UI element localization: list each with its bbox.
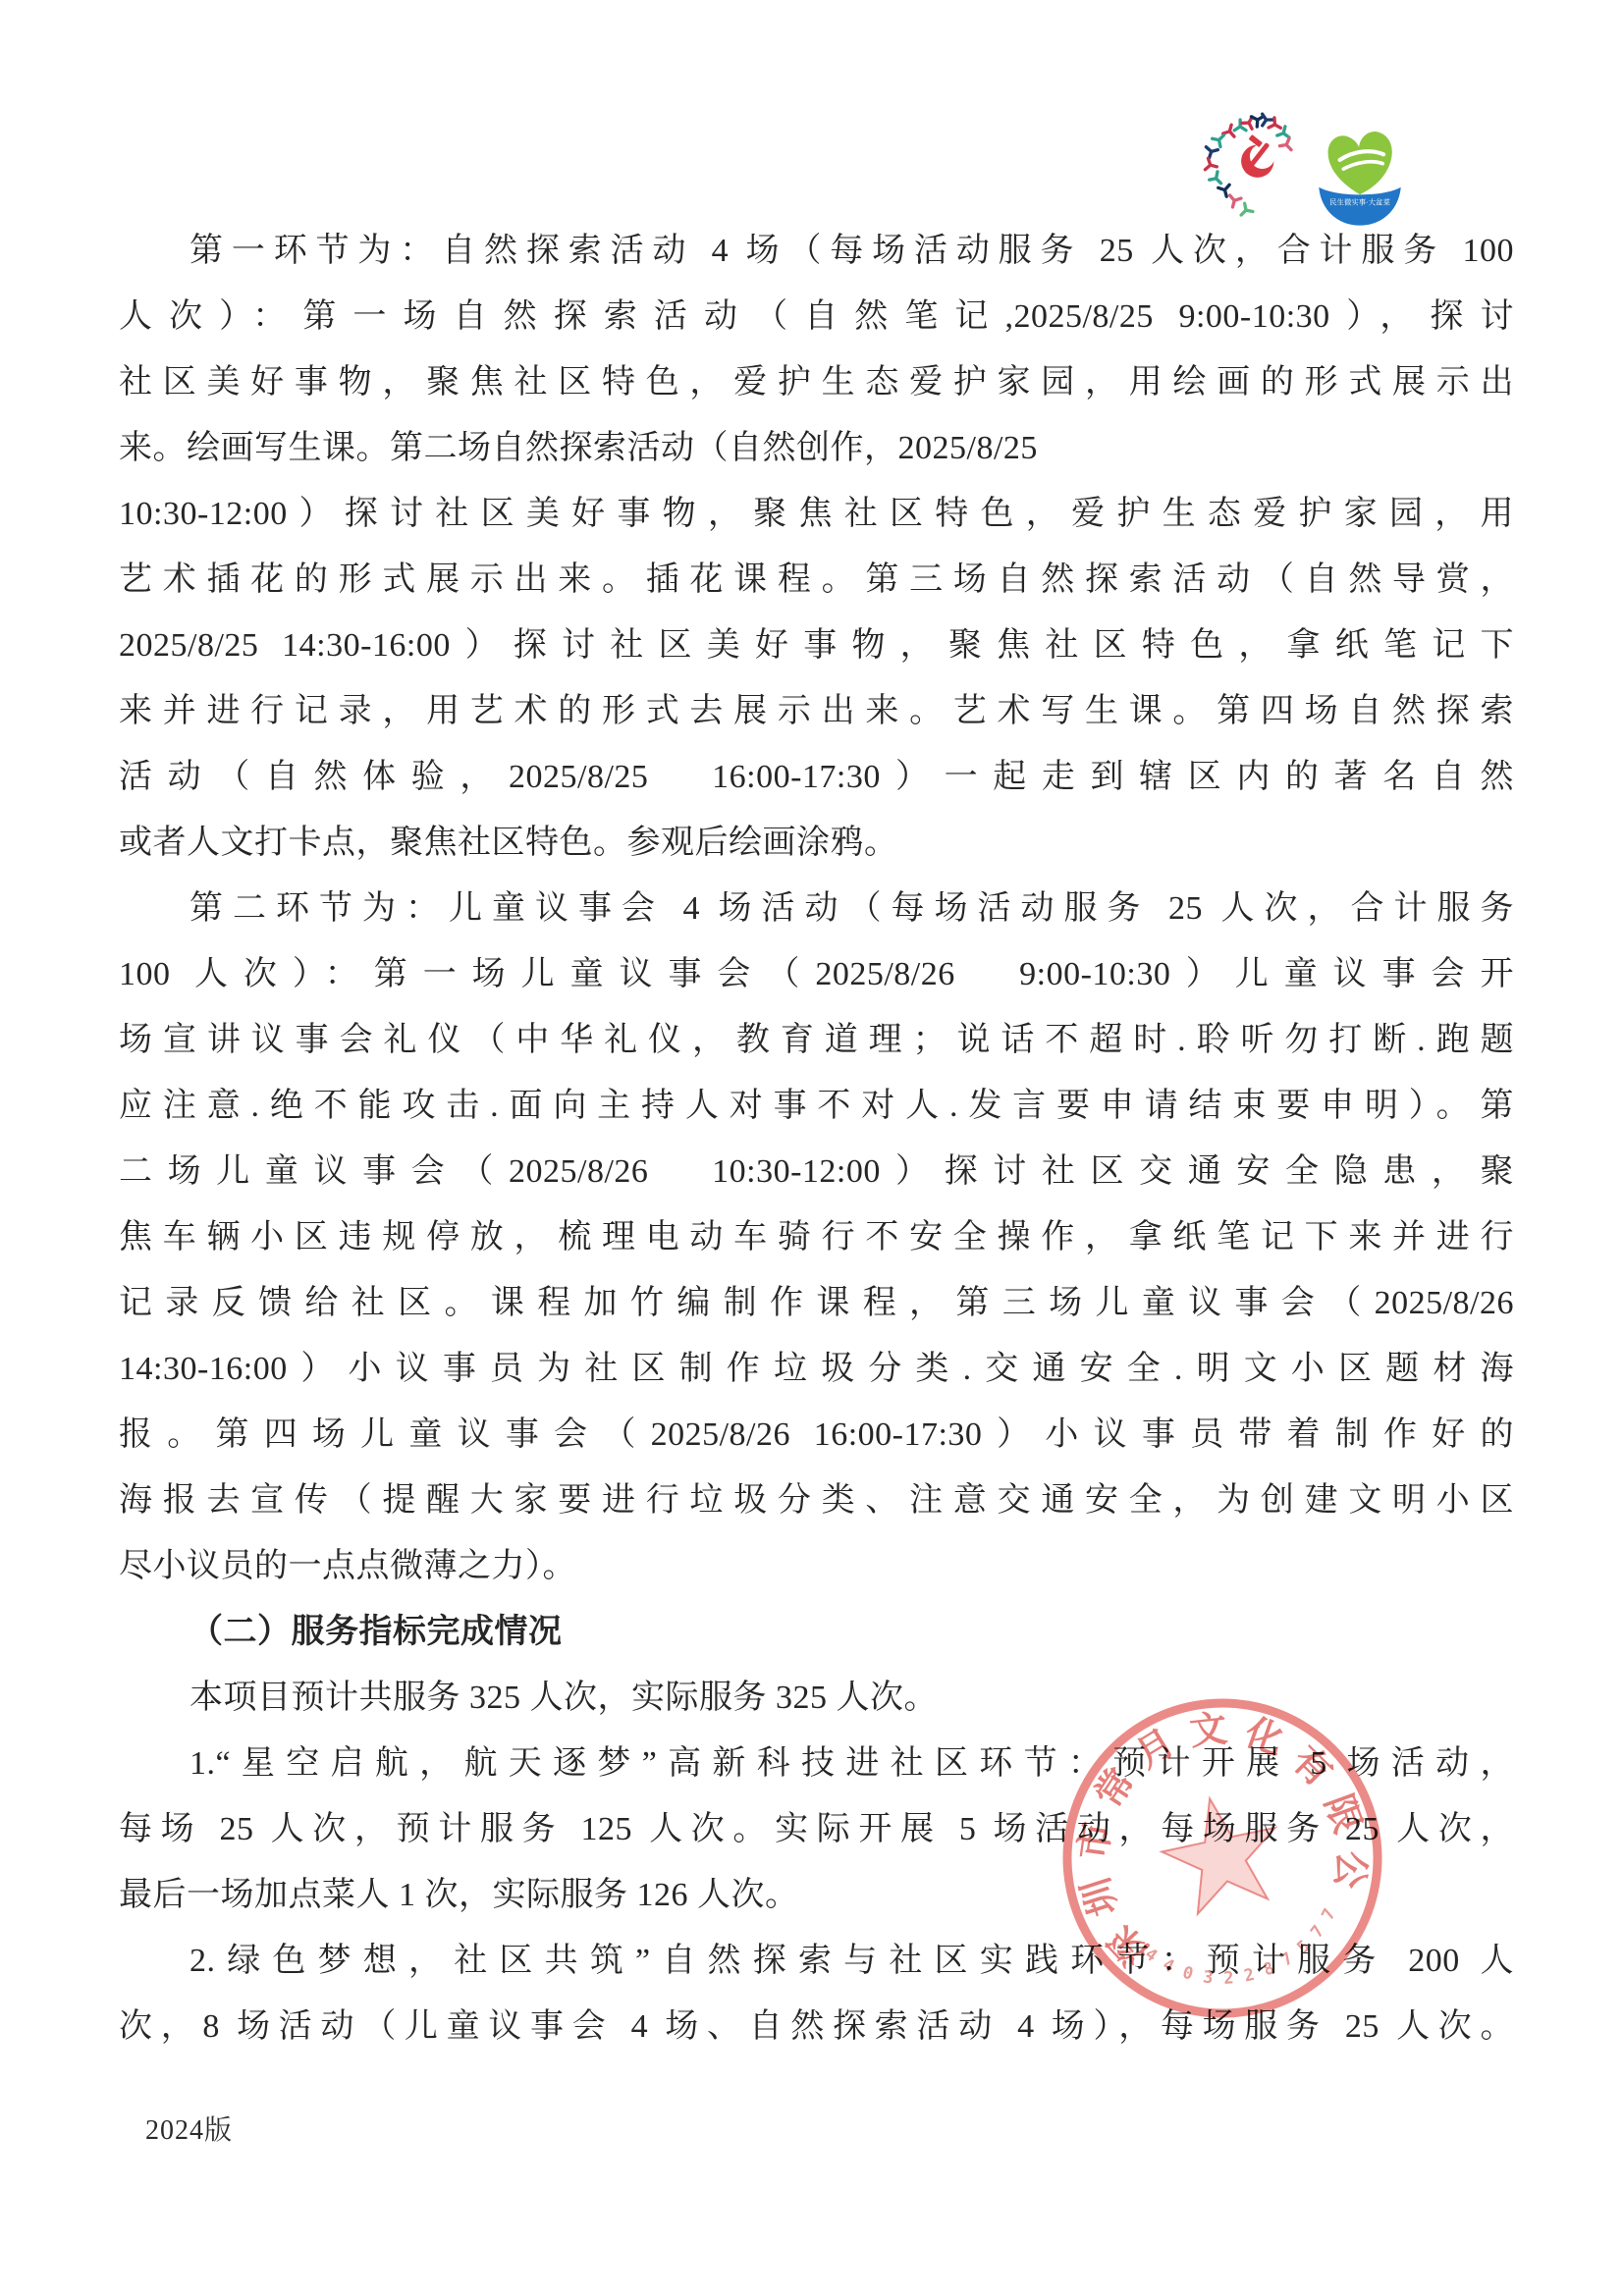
seal-star-icon <box>1153 1787 1289 1918</box>
hammer-sickle-icon <box>1241 134 1274 178</box>
minsheng-logo-text: 民生微实事·大盆菜 <box>1329 196 1390 206</box>
header-logos: 民生微实事·大盆菜 <box>1198 108 1410 234</box>
text-line: 二场儿童议事会（2025/8/26 10:30-12:00）探讨社区交通安全隐患… <box>119 1139 1514 1204</box>
page-version-footer: 2024版 <box>145 2109 233 2148</box>
text-line: 活动（自然体验，2025/8/25 16:00-17:30）一起走到辖区内的著名… <box>119 744 1514 810</box>
svg-text:44032287577: 44032287577 <box>1138 1902 1351 2006</box>
text-line: 艺术插花的形式展示出来。插花课程。第三场自然探索活动（自然导赏， <box>119 547 1514 613</box>
text-line: 海报去宣传（提醒大家要进行垃圾分类、注意交通安全，为创建文明小区 <box>119 1468 1514 1533</box>
heart-figure-mark <box>1237 203 1253 219</box>
seal-number-text: 44032287577 <box>1138 1902 1351 2006</box>
text-line: 10:30-12:00）探讨社区美好事物，聚焦社区特色，爱护生态爱护家园，用 <box>119 481 1514 547</box>
heart-figure-mark <box>1263 114 1273 126</box>
text-line: 场宣讲议事会礼仪（中华礼仪，教育道理；说话不超时.聆听勿打断.跑题 <box>119 1007 1514 1073</box>
heart-figure-mark <box>1206 144 1218 158</box>
scanned-document-page: 民生微实事·大盆菜 第一环节为：自然探索活动 4 场（每场活动服务 25 人次，… <box>0 0 1623 2296</box>
text-line: 2025/8/25 14:30-16:00）探讨社区美好事物，聚焦社区特色，拿纸… <box>119 613 1514 678</box>
text-line: 100 人次）：第一场儿童议事会（2025/8/26 9:00-10:30）儿童… <box>119 941 1514 1007</box>
company-seal-stamp: 深圳市常月文化有限公司 44032287577 <box>1024 1660 1420 2056</box>
minsheng-bowl-logo: 民生微实事·大盆菜 <box>1310 108 1410 234</box>
text-line: 或者人文打卡点，聚焦社区特色。参观后绘画涂鸦。 <box>119 810 1514 876</box>
text-line: 社区美好事物，聚焦社区特色，爱护生态爱护家园，用绘画的形式展示出 <box>119 349 1514 415</box>
text-line: 14:30-16:00）小议事员为社区制作垃圾分类.交通安全.明文小区题材海 <box>119 1336 1514 1402</box>
text-line: 尽小议员的一点点微薄之力）。 <box>119 1533 1514 1599</box>
text-line: 来并进行记录，用艺术的形式去展示出来。艺术写生课。第四场自然探索 <box>119 678 1514 744</box>
text-line: 人次）：第一场自然探索活动（自然笔记,2025/8/25 9:00-10:30）… <box>119 284 1514 349</box>
heart-figure-mark <box>1242 114 1258 129</box>
text-line: 第二环节为：儿童议事会 4 场活动（每场活动服务 25 人次，合计服务 <box>119 876 1514 941</box>
text-line: 应注意.绝不能攻击.面向主持人对事不对人.发言要申请结束要申明）。第 <box>119 1073 1514 1139</box>
text-line: （二）服务指标完成情况 <box>119 1599 1514 1665</box>
text-line: 第一环节为：自然探索活动 4 场（每场活动服务 25 人次，合计服务 100 <box>119 218 1514 284</box>
text-line: 来。绘画写生课。第二场自然探索活动（自然创作，2025/8/25 <box>119 415 1514 481</box>
heart-figure-mark <box>1278 138 1291 151</box>
heart-figure-mark <box>1275 127 1289 141</box>
text-line: 记录反馈给社区。课程加竹编制作课程，第三场儿童议事会（2025/8/26 <box>119 1270 1514 1336</box>
heart-figure-mark <box>1205 158 1217 172</box>
text-line: 焦车辆小区违规停放，梳理电动车骑行不安全操作，拿纸笔记下来并进行 <box>119 1204 1514 1270</box>
text-line: 报。第四场儿童议事会（2025/8/26 16:00-17:30）小议事员带着制… <box>119 1402 1514 1468</box>
heart-figure-mark <box>1210 172 1225 187</box>
party-heart-logo <box>1198 108 1294 230</box>
heart-figure-mark <box>1227 195 1241 208</box>
